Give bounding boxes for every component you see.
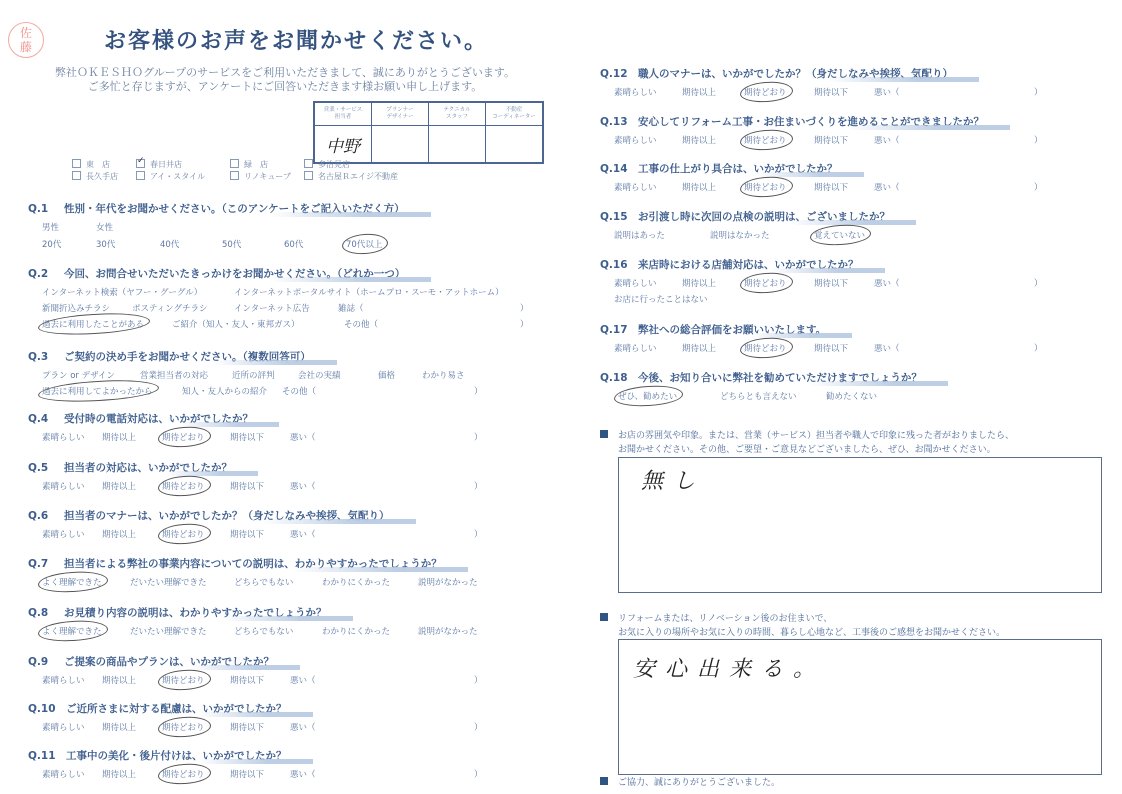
staff-planner-field[interactable] xyxy=(372,126,429,164)
option-neutral[interactable]: どちらでもない xyxy=(234,576,293,588)
option-above-expectations[interactable]: 期待以上 xyxy=(102,768,136,780)
question-title: Q.11工事中の美化・後片付けは、いかがでしたか？ xyxy=(28,748,313,763)
question-title: Q.2今回、お問合せいただいたきっかけをお聞かせください。（どれか一つ） xyxy=(28,266,431,281)
afterwork-answer: 安心出来る。 xyxy=(633,652,825,683)
option-price[interactable]: 価格 xyxy=(378,369,395,381)
checkbox-icon[interactable] xyxy=(304,159,313,168)
staff-sales-field[interactable]: 中野 xyxy=(314,126,372,164)
option-no-explanation[interactable]: 説明がなかった xyxy=(418,576,478,588)
option-70s-plus-selected[interactable]: 70代以上 xyxy=(346,238,382,250)
impression-answer: 無し xyxy=(641,464,705,495)
option-above-expectations[interactable]: 期待以上 xyxy=(682,181,716,193)
question-4: Q.4受付時の電話対応は、いかがでしたか？ 素晴らしい 期待以上 期待どおり 期… xyxy=(28,407,522,446)
question-title: Q.7担当者による弊社の事業内容についての説明は、わかりやすかったでしょうか？ xyxy=(28,556,468,571)
checkbox-icon[interactable] xyxy=(230,159,239,168)
option-below-expectations[interactable]: 期待以下 xyxy=(814,277,848,289)
question-title: Q.18今後、お知り合いに弊社を勧めていただけますでしょうか？ xyxy=(600,370,948,385)
afterwork-textarea[interactable]: 安心出来る。 xyxy=(618,639,1102,775)
option-bad[interactable]: 悪い（ xyxy=(290,431,316,443)
option-excellent[interactable]: 素晴らしい xyxy=(614,86,657,98)
question-title: Q.4受付時の電話対応は、いかがでしたか？ xyxy=(28,411,279,426)
option-portal-site[interactable]: インターネットポータルサイト（ホームプロ・スーモ・アットホーム） xyxy=(234,286,504,298)
option-below-expectations[interactable]: 期待以下 xyxy=(814,86,848,98)
intro-line-2: ご多忙と存じますが、アンケートにご回答いただきます様お願い申し上げます。 xyxy=(30,78,540,94)
option-as-expected-selected[interactable]: 期待どおり xyxy=(744,342,787,354)
option-as-expected-selected[interactable]: 期待どおり xyxy=(162,480,205,492)
option-above-expectations[interactable]: 期待以上 xyxy=(682,342,716,354)
option-clarity[interactable]: わかり易さ xyxy=(422,369,465,381)
question-title: Q.12職人のマナーは、いかがでしたか？（身だしなみや挨拶、気配り） xyxy=(600,66,979,81)
option-as-expected-selected[interactable]: 期待どおり xyxy=(744,86,787,98)
option-neighborhood-reputation[interactable]: 近所の評判 xyxy=(232,369,275,381)
option-other[interactable]: その他（ xyxy=(282,385,316,397)
staff-header-technical: テクニカル スタッフ xyxy=(429,102,486,126)
option-mostly-understood[interactable]: だいたい理解できた xyxy=(130,576,207,588)
option-excellent[interactable]: 素晴らしい xyxy=(42,768,85,780)
impression-textarea[interactable]: 無し xyxy=(618,457,1102,593)
question-17: Q.17弊社への総合評価をお願いいたします。 素晴らしい 期待以上 期待どおり … xyxy=(600,318,1094,357)
option-above-expectations[interactable]: 期待以上 xyxy=(102,528,136,540)
checkbox-icon[interactable] xyxy=(72,159,81,168)
option-as-expected-selected[interactable]: 期待どおり xyxy=(162,674,205,686)
question-5: Q.5担当者の対応は、いかがでしたか？ 素晴らしい 期待以上 期待どおり 期待以… xyxy=(28,456,522,495)
option-mostly-understood[interactable]: だいたい理解できた xyxy=(130,625,207,637)
option-explained[interactable]: 説明はあった xyxy=(614,229,665,241)
option-as-expected-selected[interactable]: 期待どおり xyxy=(162,431,205,443)
option-bad[interactable]: 悪い（ xyxy=(874,181,900,193)
question-title: Q.16来店時における店舗対応は、いかがでしたか？ xyxy=(600,257,885,272)
question-7: Q.7担当者による弊社の事業内容についての説明は、わかりやすかったでしょうか？ … xyxy=(28,552,522,591)
option-company-track-record[interactable]: 会社の実績 xyxy=(298,369,341,381)
seal-char-1: 佐 xyxy=(20,26,32,40)
option-understood-well-selected[interactable]: よく理解できた xyxy=(42,625,102,637)
option-20s[interactable]: 20代 xyxy=(42,238,61,250)
question-title: Q.17弊社への総合評価をお願いいたします。 xyxy=(600,322,852,337)
option-40s[interactable]: 40代 xyxy=(160,238,179,250)
option-below-expectations[interactable]: 期待以下 xyxy=(230,431,264,443)
question-title: Q.5担当者の対応は、いかがでしたか？ xyxy=(28,460,258,475)
store-renocube[interactable]: リノキューブ xyxy=(230,171,291,182)
option-30s[interactable]: 30代 xyxy=(96,238,115,250)
option-bad[interactable]: 悪い（ xyxy=(290,674,316,686)
staff-header-sales: 営業・サービス 担当者 xyxy=(314,102,372,126)
option-hard-to-understand[interactable]: わかりにくかった xyxy=(322,625,390,637)
store-i-style[interactable]: アイ・スタイル xyxy=(136,171,205,182)
option-below-expectations[interactable]: 期待以下 xyxy=(230,528,264,540)
checkbox-icon[interactable] xyxy=(136,171,145,180)
question-title: Q.8お見積り内容の説明は、わかりやすかったでしょうか？ xyxy=(28,605,353,620)
question-12: Q.12職人のマナーは、いかがでしたか？（身だしなみや挨拶、気配り） 素晴らしい… xyxy=(600,62,1094,101)
square-bullet-icon xyxy=(600,430,608,438)
option-cannot-say[interactable]: どちらとも言えない xyxy=(720,390,797,402)
option-above-expectations[interactable]: 期待以上 xyxy=(682,134,716,146)
option-would-not-recommend[interactable]: 勧めたくない xyxy=(826,390,877,402)
option-as-expected-selected[interactable]: 期待どおり xyxy=(162,768,205,780)
option-posting-flyer[interactable]: ポスティングチラシ xyxy=(132,302,207,314)
question-18: Q.18今後、お知り合いに弊社を勧めていただけますでしょうか？ ぜひ、勧めたい … xyxy=(600,366,1094,405)
question-title: Q.13安心してリフォーム工事・お住まいづくりを進めることができましたか？ xyxy=(600,114,1010,129)
option-below-expectations[interactable]: 期待以下 xyxy=(230,480,264,492)
checkbox-icon[interactable] xyxy=(304,171,313,180)
option-female[interactable]: 女性 xyxy=(96,221,113,233)
checkbox-icon[interactable] xyxy=(72,171,81,180)
option-bad[interactable]: 悪い（ xyxy=(290,768,316,780)
option-good-past-experience-selected[interactable]: 過去に利用してよかったから xyxy=(42,385,153,397)
checkbox-checked-icon[interactable] xyxy=(136,159,145,168)
staff-technical-field[interactable] xyxy=(429,126,486,164)
question-3: Q.3ご契約の決め手をお聞かせください。（複数回答可） プラン or デザイン … xyxy=(28,345,542,400)
square-bullet-icon xyxy=(600,777,608,785)
option-excellent[interactable]: 素晴らしい xyxy=(42,431,85,443)
option-no-explanation[interactable]: 説明がなかった xyxy=(418,625,478,637)
option-excellent[interactable]: 素晴らしい xyxy=(614,181,657,193)
question-10: Q.10ご近所さまに対する配慮は、いかがでしたか？ 素晴らしい 期待以上 期待ど… xyxy=(28,697,522,736)
option-bad[interactable]: 悪い（ xyxy=(874,86,900,98)
store-midori[interactable]: 緑 店 xyxy=(230,159,268,170)
option-excellent[interactable]: 素晴らしい xyxy=(42,528,85,540)
option-as-expected-selected[interactable]: 期待どおり xyxy=(744,277,787,289)
seal-char-2: 藤 xyxy=(20,40,32,54)
option-dont-remember-selected[interactable]: 覚えていない xyxy=(814,229,865,241)
option-below-expectations[interactable]: 期待以下 xyxy=(230,674,264,686)
question-9: Q.9ご提案の商品やプランは、いかがでしたか？ 素晴らしい 期待以上 期待どおり… xyxy=(28,650,522,689)
question-14: Q.14工事の仕上がり具合は、いかがでしたか？ 素晴らしい 期待以上 期待どおり… xyxy=(600,157,1094,196)
checkbox-icon[interactable] xyxy=(230,171,239,180)
question-title: Q.6担当者のマナーは、いかがでしたか？（身だしなみや挨拶、気配り） xyxy=(28,508,416,523)
option-bad[interactable]: 悪い（ xyxy=(290,721,316,733)
question-6: Q.6担当者のマナーは、いかがでしたか？（身だしなみや挨拶、気配り） 素晴らしい… xyxy=(28,504,522,543)
seal-stamp: 佐 藤 xyxy=(8,22,44,58)
question-13: Q.13安心してリフォーム工事・お住まいづくりを進めることができましたか？ 素晴… xyxy=(600,110,1094,149)
option-referral[interactable]: ご紹介（知人・友人・東邦ガス） xyxy=(172,318,300,330)
question-title: Q.3ご契約の決め手をお聞かせください。（複数回答可） xyxy=(28,349,337,364)
question-title: Q.9ご提案の商品やプランは、いかがでしたか？ xyxy=(28,654,300,669)
option-above-expectations[interactable]: 期待以上 xyxy=(102,674,136,686)
question-2: Q.2今回、お問合せいただいたきっかけをお聞かせください。（どれか一つ） インタ… xyxy=(28,262,542,333)
question-8: Q.8お見積り内容の説明は、わかりやすかったでしょうか？ よく理解できた だいた… xyxy=(28,601,522,640)
option-as-expected-selected[interactable]: 期待どおり xyxy=(162,528,205,540)
option-excellent[interactable]: 素晴らしい xyxy=(42,480,85,492)
question-title: Q.14工事の仕上がり具合は、いかがでしたか？ xyxy=(600,161,864,176)
question-title: Q.1性別・年代をお聞かせください。（このアンケートをご記入いただく方） xyxy=(28,201,431,216)
option-below-expectations[interactable]: 期待以下 xyxy=(230,721,264,733)
option-hard-to-understand[interactable]: わかりにくかった xyxy=(322,576,390,588)
option-neutral[interactable]: どちらでもない xyxy=(234,625,293,637)
option-magazine[interactable]: 雑誌（ xyxy=(338,302,364,314)
option-friend-referral[interactable]: 知人・友人からの紹介 xyxy=(182,385,267,397)
option-used-before-selected[interactable]: 過去に利用したことがある xyxy=(42,318,144,330)
store-tajimi[interactable]: 多治見店 xyxy=(304,159,350,170)
impression-prompt: お店の雰囲気や印象。または、営業（サービス）担当者や職人で印象に残った者がおりま… xyxy=(600,429,1014,457)
staff-header-realestate: 不動産 コーディネーター xyxy=(486,102,544,126)
question-1: Q.1性別・年代をお聞かせください。（このアンケートをご記入いただく方） 男性 … xyxy=(28,197,562,253)
store-nagakute[interactable]: 長久手店 xyxy=(72,171,118,182)
store-higashi[interactable]: 東 店 xyxy=(72,159,110,170)
option-above-expectations[interactable]: 期待以上 xyxy=(102,431,136,443)
staff-header-planner: プランナー デザイナー xyxy=(372,102,429,126)
option-above-expectations[interactable]: 期待以上 xyxy=(102,721,136,733)
option-above-expectations[interactable]: 期待以上 xyxy=(102,480,136,492)
option-bad[interactable]: 悪い（ xyxy=(874,277,900,289)
option-male[interactable]: 男性 xyxy=(42,221,59,233)
option-sales-response[interactable]: 営業担当者の対応 xyxy=(140,369,208,381)
option-excellent[interactable]: 素晴らしい xyxy=(614,342,657,354)
option-excellent[interactable]: 素晴らしい xyxy=(614,134,657,146)
square-bullet-icon xyxy=(600,613,608,621)
option-excellent[interactable]: 素晴らしい xyxy=(42,721,85,733)
option-not-explained[interactable]: 説明はなかった xyxy=(710,229,770,241)
option-newspaper-flyer[interactable]: 新聞折込みチラシ xyxy=(42,302,110,314)
question-title: Q.15お引渡し時に次回の点検の説明は、ございましたか？ xyxy=(600,209,916,224)
store-nagoya-r-age[interactable]: 名古屋Ｒエイジ不動産 xyxy=(304,171,398,182)
option-above-expectations[interactable]: 期待以上 xyxy=(682,277,716,289)
option-above-expectations[interactable]: 期待以上 xyxy=(682,86,716,98)
option-excellent[interactable]: 素晴らしい xyxy=(614,277,657,289)
option-as-expected-selected[interactable]: 期待どおり xyxy=(744,134,787,146)
option-60s[interactable]: 60代 xyxy=(284,238,303,250)
option-as-expected-selected[interactable]: 期待どおり xyxy=(744,181,787,193)
page-title: お客様のお声をお聞かせください。 xyxy=(104,24,488,55)
option-as-expected-selected[interactable]: 期待どおり xyxy=(162,721,205,733)
staff-realestate-field[interactable] xyxy=(486,126,544,164)
option-internet-ad[interactable]: インターネット広告 xyxy=(234,302,310,314)
option-bad[interactable]: 悪い（ xyxy=(290,480,316,492)
afterwork-prompt: リフォームまたは、リノベーション後のお住まいで、 お気に入りの場所やお気に入りの… xyxy=(600,612,1005,640)
option-definitely-recommend-selected[interactable]: ぜひ、勧めたい xyxy=(618,390,677,402)
staff-table: 営業・サービス 担当者 プランナー デザイナー テクニカル スタッフ 不動産 コ… xyxy=(313,101,544,164)
option-other[interactable]: その他（ xyxy=(344,318,378,330)
question-15: Q.15お引渡し時に次回の点検の説明は、ございましたか？ 説明はあった 説明はな… xyxy=(600,205,1094,244)
question-16: Q.16来店時における店舗対応は、いかがでしたか？ 素晴らしい 期待以上 期待ど… xyxy=(600,253,1094,308)
option-bad[interactable]: 悪い（ xyxy=(874,342,900,354)
option-below-expectations[interactable]: 期待以下 xyxy=(814,134,848,146)
option-below-expectations[interactable]: 期待以下 xyxy=(814,181,848,193)
option-understood-well-selected[interactable]: よく理解できた xyxy=(42,576,102,588)
option-below-expectations[interactable]: 期待以下 xyxy=(230,768,264,780)
option-plan-design[interactable]: プラン or デザイン xyxy=(42,369,115,381)
option-bad[interactable]: 悪い（ xyxy=(290,528,316,540)
option-bad[interactable]: 悪い（ xyxy=(874,134,900,146)
question-title: Q.10ご近所さまに対する配慮は、いかがでしたか？ xyxy=(28,701,313,716)
question-11: Q.11工事中の美化・後片付けは、いかがでしたか？ 素晴らしい 期待以上 期待ど… xyxy=(28,744,522,783)
thanks-note: ご協力、誠にありがとうございました。 xyxy=(600,776,780,790)
option-internet-search[interactable]: インターネット検索（ヤフー・グーグル） xyxy=(42,286,202,298)
option-50s[interactable]: 50代 xyxy=(222,238,241,250)
option-excellent[interactable]: 素晴らしい xyxy=(42,674,85,686)
option-never-visited-store[interactable]: お店に行ったことはない xyxy=(614,293,708,305)
store-kasugai[interactable]: 春日井店 xyxy=(136,159,182,170)
option-below-expectations[interactable]: 期待以下 xyxy=(814,342,848,354)
